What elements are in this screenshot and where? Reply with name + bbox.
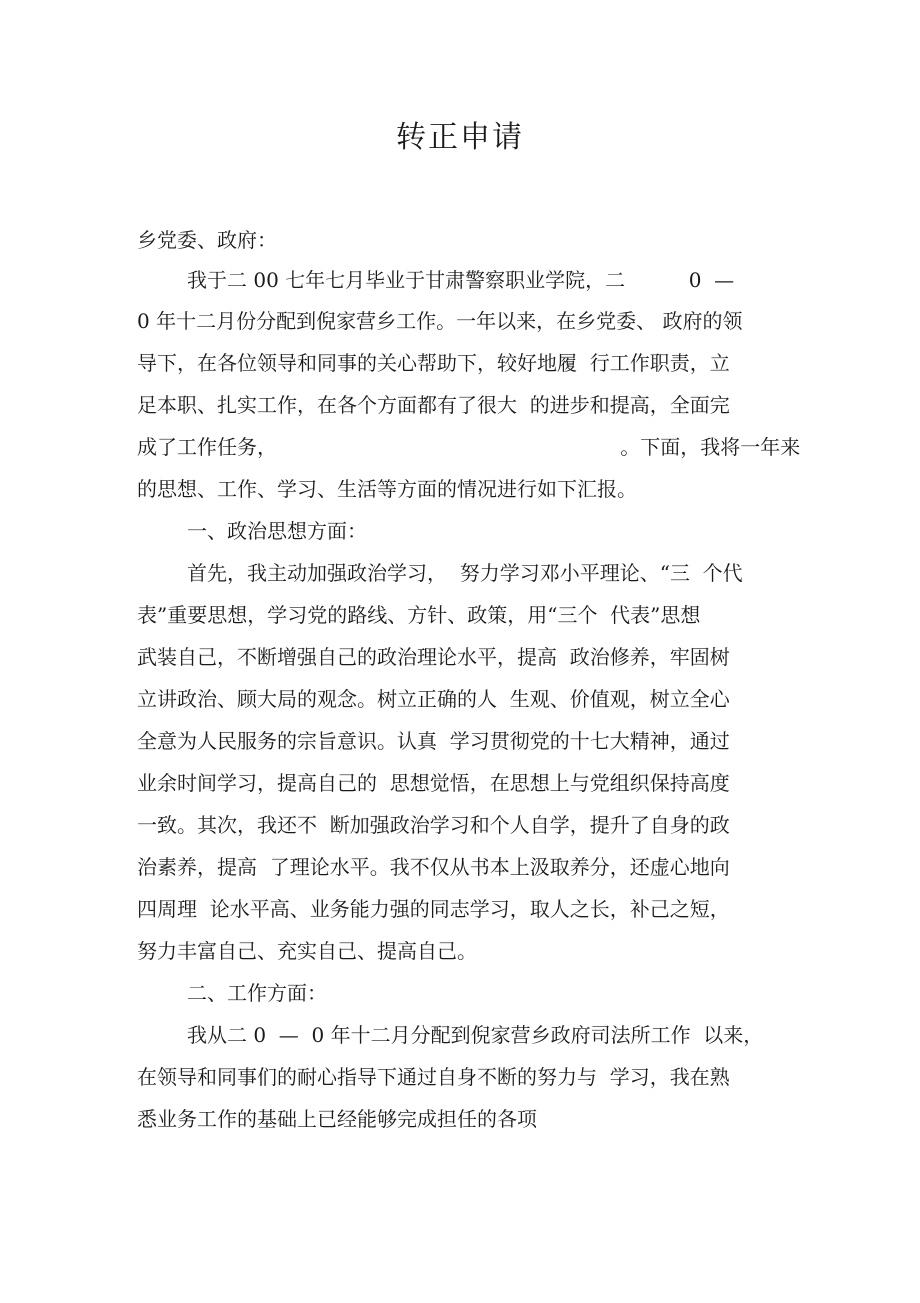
section-heading-work: 二、工作方面： [187,980,327,1006]
body-line: 0 年十二月份分配到倪家营乡工作。一年以来，在乡党委、 政府的领 [137,308,742,334]
body-line: 表”重要思想，学习党的路线、方针、政策，用“三个 代表”思想 [137,602,700,628]
body-line: 四周理 论水平高、业务能力强的同志学习，取人之长，补己之短， [137,896,730,922]
body-line: 成了工作任务， 。下面，我将一年来 [137,434,800,460]
body-line: 导下，在各位领导和同事的关心帮助下，较好地履 行工作职责，立 [137,350,730,376]
body-line: 努力丰富自己、充实自己、提高自己。 [137,938,477,964]
body-line: 在领导和同事们的耐心指导下通过自身不断的努力与 学习，我在熟 [137,1064,730,1090]
section-heading-politics: 一、政治思想方面： [187,518,367,544]
body-line: 一致。其次，我还不 断加强政治学习和个人自学，提升了自身的政 [137,812,730,838]
document-page: 转正申请 乡党委、政府： 我于二 00 七年七月毕业于甘肃警察职业学院，二 0 … [0,0,920,1303]
body-line: 我于二 00 七年七月毕业于甘肃警察职业学院，二 0 — [187,267,734,293]
body-line: 首先，我主动加强政治学习， 努力学习邓小平理论、“三 个代 [187,560,743,586]
body-line: 武装自己，不断增强自己的政治理论水平，提高 政治修养，牢固树 [137,644,730,670]
body-line: 立讲政治、顾大局的观念。树立正确的人 生观、价值观，树立全心 [137,686,730,712]
document-title: 转正申请 [0,118,920,158]
body-line: 足本职、扎实工作，在各个方面都有了很大 的进步和提高，全面完 [137,392,730,418]
body-line: 的思想、工作、学习、生活等方面的情况进行如下汇报。 [137,476,637,502]
body-line: 我从二 0 — 0 年十二月分配到倪家营乡政府司法所工作 以来， [187,1022,763,1048]
body-line: 全意为人民服务的宗旨意识。认真 学习贯彻党的十七大精神，通过 [137,728,730,754]
salutation: 乡党委、政府： [137,227,277,253]
body-line: 治素养，提高 了理论水平。我不仅从书本上汲取养分，还虚心地向 [137,854,730,880]
body-line: 业余时间学习，提高自己的 思想觉悟，在思想上与党组织保持高度 [137,770,730,796]
body-line: 悉业务工作的基础上已经能够完成担任的各项 [137,1106,537,1132]
